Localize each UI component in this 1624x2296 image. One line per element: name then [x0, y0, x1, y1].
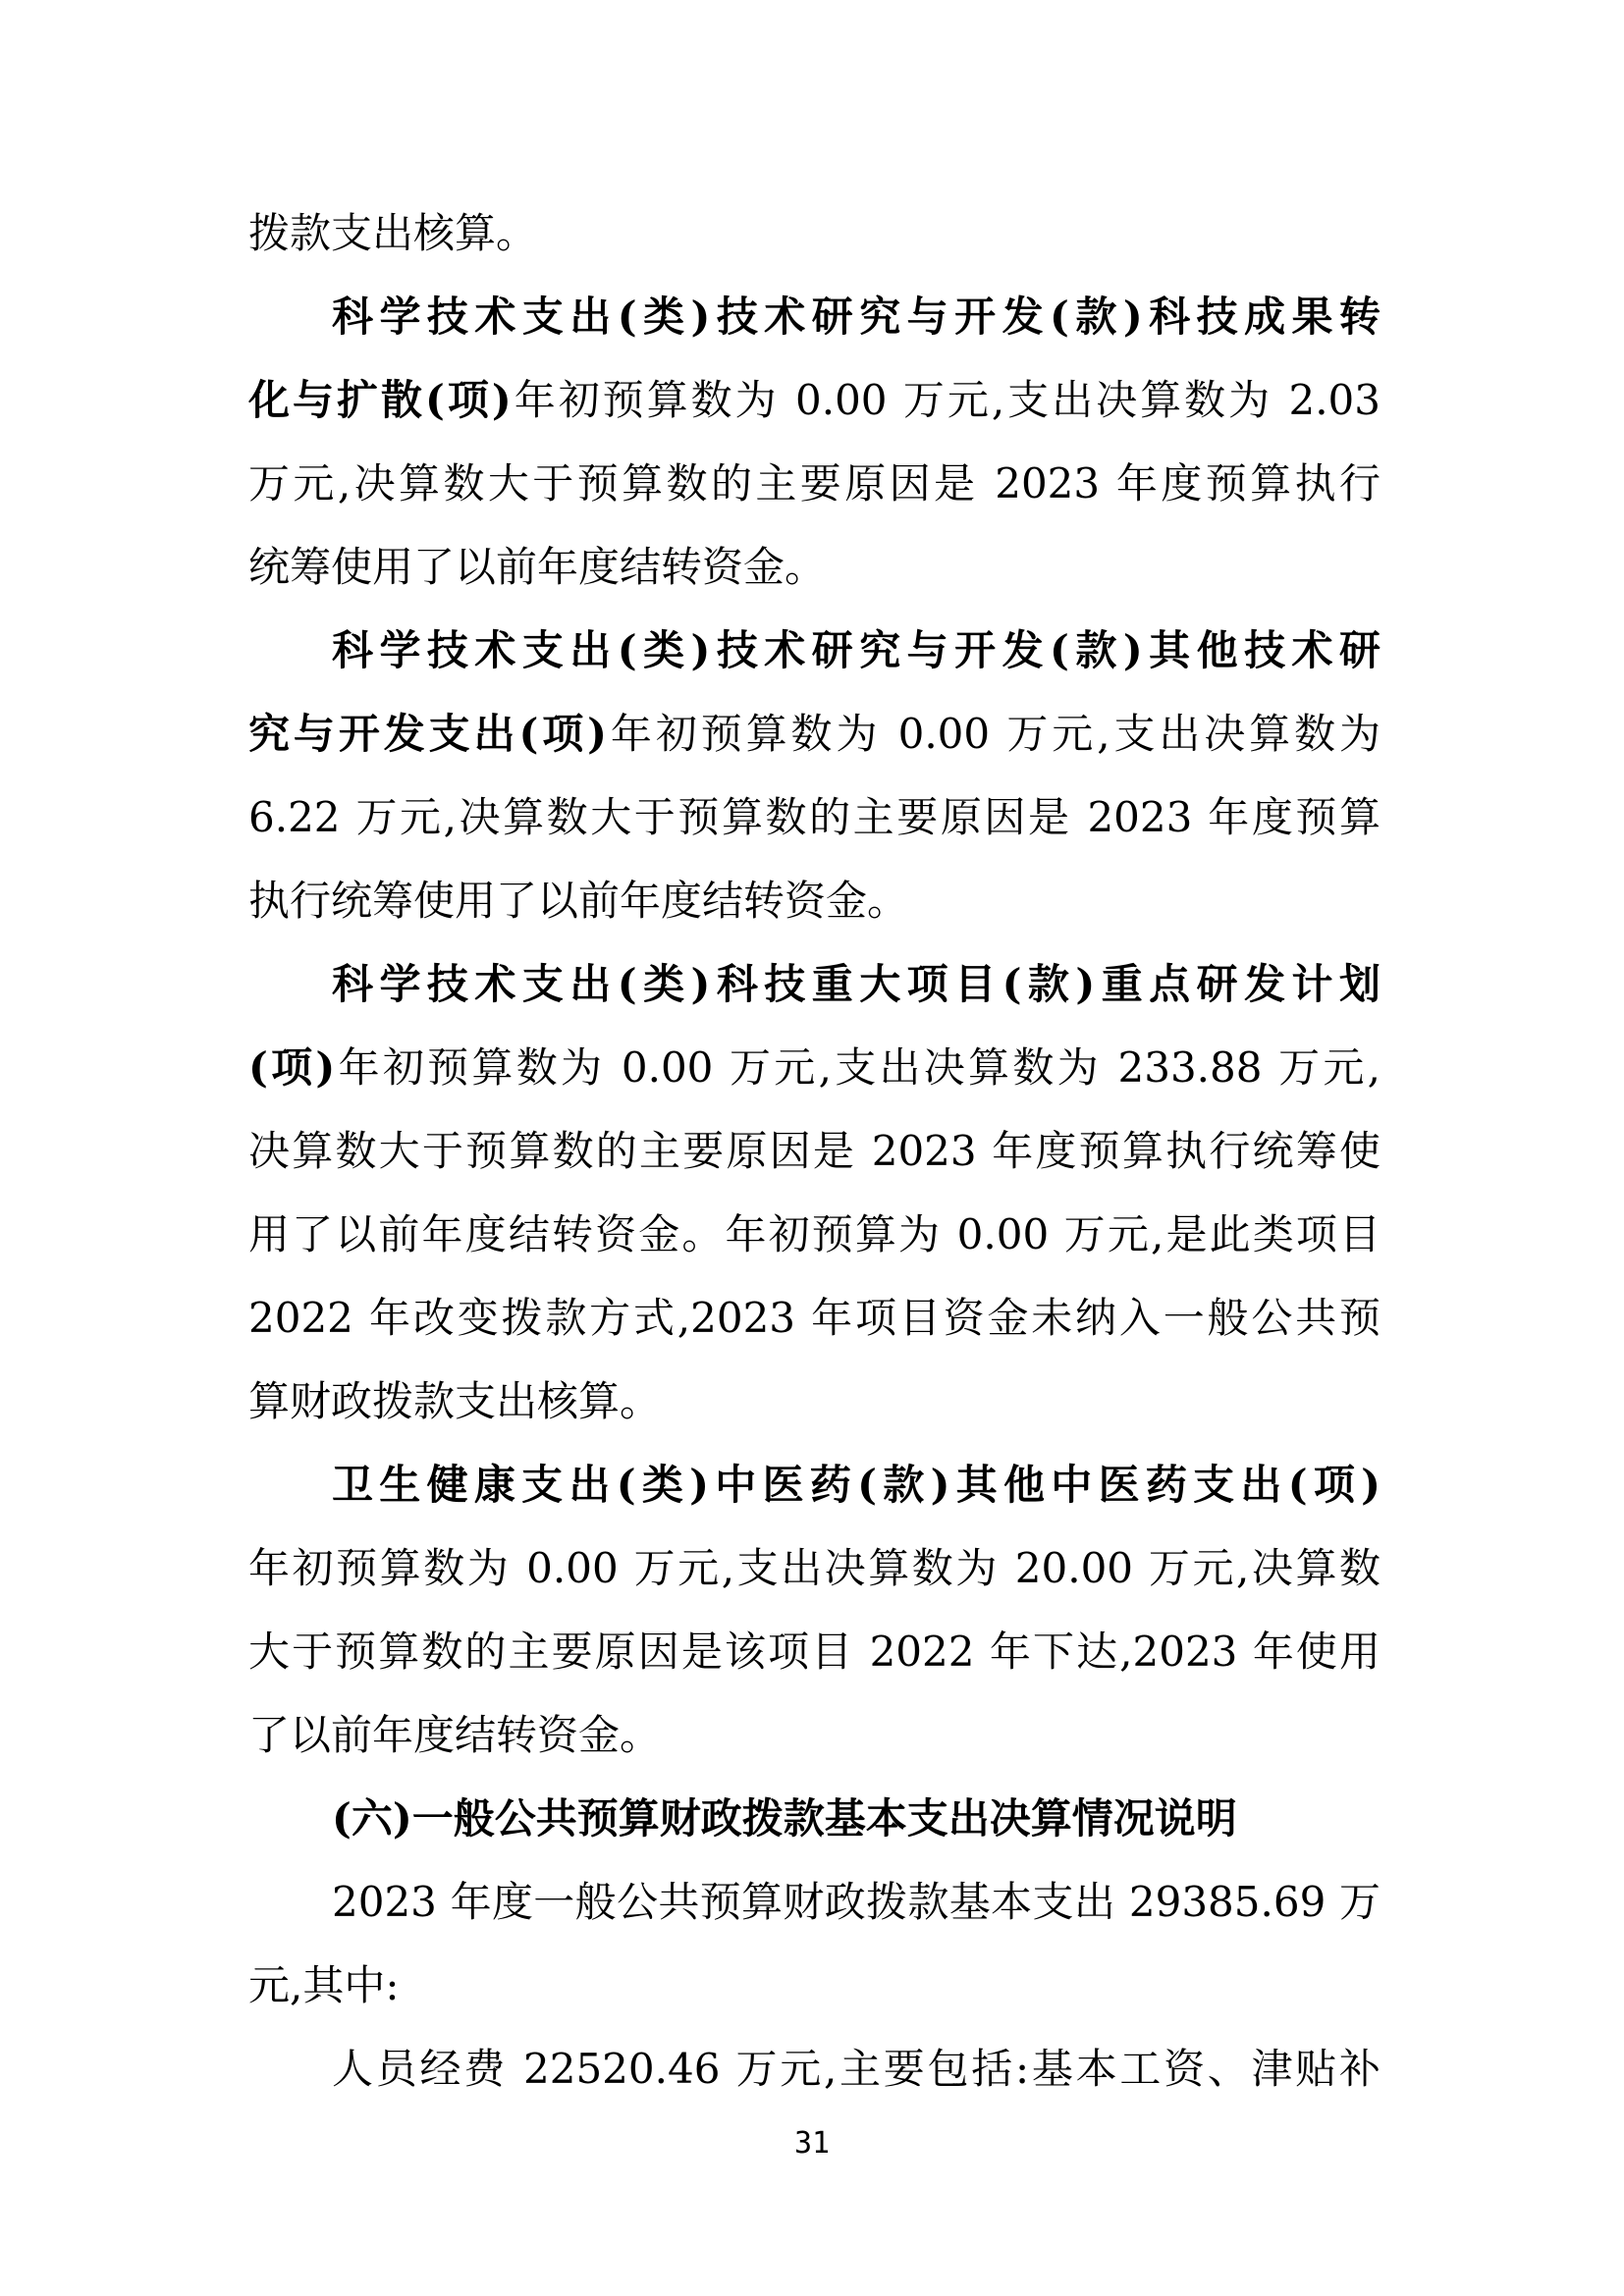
- text-line: 究与开发支出(项)年初预算数为 0.00 万元,支出决算数为: [248, 692, 1380, 775]
- text-run: 2023 年度一般公共预算财政拨款基本支出 29385.69 万: [332, 1878, 1380, 1926]
- text-run: 万元,决算数大于预算数的主要原因是 2023 年度预算执行: [248, 459, 1380, 507]
- text-line: 执行统筹使用了以前年度结转资金。: [248, 859, 1380, 942]
- text-line: 2022 年改变拨款方式,2023 年项目资金未纳入一般公共预: [248, 1276, 1380, 1360]
- text-run: 年初预算数为 0.00 万元,支出决算数为 233.88 万元,: [335, 1043, 1380, 1092]
- text-run: 决算数大于预算数的主要原因是 2023 年度预算执行统筹使: [248, 1127, 1380, 1175]
- text-run: 了以前年度结转资金。: [248, 1711, 661, 1759]
- text-run: 年初预算数为 0.00 万元,支出决算数为: [607, 710, 1380, 758]
- text-run: 元,其中:: [248, 1961, 400, 2009]
- text-line: 科学技术支出(类)科技重大项目(款)重点研发计划: [248, 942, 1380, 1026]
- text-run: 执行统筹使用了以前年度结转资金。: [248, 877, 908, 925]
- text-line: 算财政拨款支出核算。: [248, 1360, 1380, 1443]
- text-line: 拨款支出核算。: [248, 191, 1380, 275]
- body-text: 拨款支出核算。科学技术支出(类)技术研究与开发(款)科技成果转化与扩散(项)年初…: [248, 191, 1380, 2110]
- text-line: 决算数大于预算数的主要原因是 2023 年度预算执行统筹使: [248, 1109, 1380, 1193]
- text-line: 万元,决算数大于预算数的主要原因是 2023 年度预算执行: [248, 442, 1380, 525]
- text-line: 年初预算数为 0.00 万元,支出决算数为 20.00 万元,决算数: [248, 1526, 1380, 1610]
- text-line: 化与扩散(项)年初预算数为 0.00 万元,支出决算数为 2.03: [248, 358, 1380, 442]
- bold-text-run: 科学技术支出(类)技术研究与开发(款)其他技术研: [332, 626, 1380, 674]
- text-run: 统筹使用了以前年度结转资金。: [248, 543, 826, 591]
- text-line: 用了以前年度结转资金。年初预算为 0.00 万元,是此类项目: [248, 1193, 1380, 1276]
- text-line: (六)一般公共预算财政拨款基本支出决算情况说明: [248, 1777, 1380, 1860]
- text-line: 了以前年度结转资金。: [248, 1693, 1380, 1777]
- bold-text-run: 科学技术支出(类)技术研究与开发(款)科技成果转: [332, 293, 1380, 341]
- bold-text-run: 科学技术支出(类)科技重大项目(款)重点研发计划: [332, 960, 1380, 1008]
- bold-text-run: 化与扩散(项): [248, 376, 512, 424]
- bold-text-run: (项): [248, 1043, 335, 1092]
- text-line: (项)年初预算数为 0.00 万元,支出决算数为 233.88 万元,: [248, 1026, 1380, 1109]
- bold-text-run: (六)一般公共预算财政拨款基本支出决算情况说明: [332, 1794, 1237, 1842]
- text-line: 科学技术支出(类)技术研究与开发(款)其他技术研: [248, 609, 1380, 692]
- text-line: 2023 年度一般公共预算财政拨款基本支出 29385.69 万: [248, 1860, 1380, 1944]
- text-run: 用了以前年度结转资金。年初预算为 0.00 万元,是此类项目: [248, 1210, 1380, 1258]
- text-run: 拨款支出核算。: [248, 209, 537, 257]
- text-run: 6.22 万元,决算数大于预算数的主要原因是 2023 年度预算: [248, 793, 1380, 841]
- text-line: 元,其中:: [248, 1944, 1380, 2027]
- text-run: 年初预算数为 0.00 万元,支出决算数为 2.03: [512, 376, 1380, 424]
- text-run: 人员经费 22520.46 万元,主要包括:基本工资、津贴补: [332, 2045, 1380, 2093]
- text-line: 人员经费 22520.46 万元,主要包括:基本工资、津贴补: [248, 2027, 1380, 2110]
- text-line: 卫生健康支出(类)中医药(款)其他中医药支出(项): [248, 1443, 1380, 1526]
- page-number: 31: [0, 2122, 1624, 2165]
- text-line: 统筹使用了以前年度结转资金。: [248, 525, 1380, 609]
- text-line: 科学技术支出(类)技术研究与开发(款)科技成果转: [248, 275, 1380, 358]
- text-line: 大于预算数的主要原因是该项目 2022 年下达,2023 年使用: [248, 1610, 1380, 1693]
- bold-text-run: 卫生健康支出(类)中医药(款)其他中医药支出(项): [332, 1461, 1380, 1509]
- text-run: 年初预算数为 0.00 万元,支出决算数为 20.00 万元,决算数: [248, 1544, 1380, 1592]
- text-run: 2022 年改变拨款方式,2023 年项目资金未纳入一般公共预: [248, 1294, 1380, 1342]
- bold-text-run: 究与开发支出(项): [248, 710, 607, 758]
- text-line: 6.22 万元,决算数大于预算数的主要原因是 2023 年度预算: [248, 775, 1380, 859]
- text-run: 算财政拨款支出核算。: [248, 1377, 661, 1425]
- text-run: 大于预算数的主要原因是该项目 2022 年下达,2023 年使用: [248, 1628, 1380, 1676]
- document-page: 拨款支出核算。科学技术支出(类)技术研究与开发(款)科技成果转化与扩散(项)年初…: [0, 0, 1624, 2296]
